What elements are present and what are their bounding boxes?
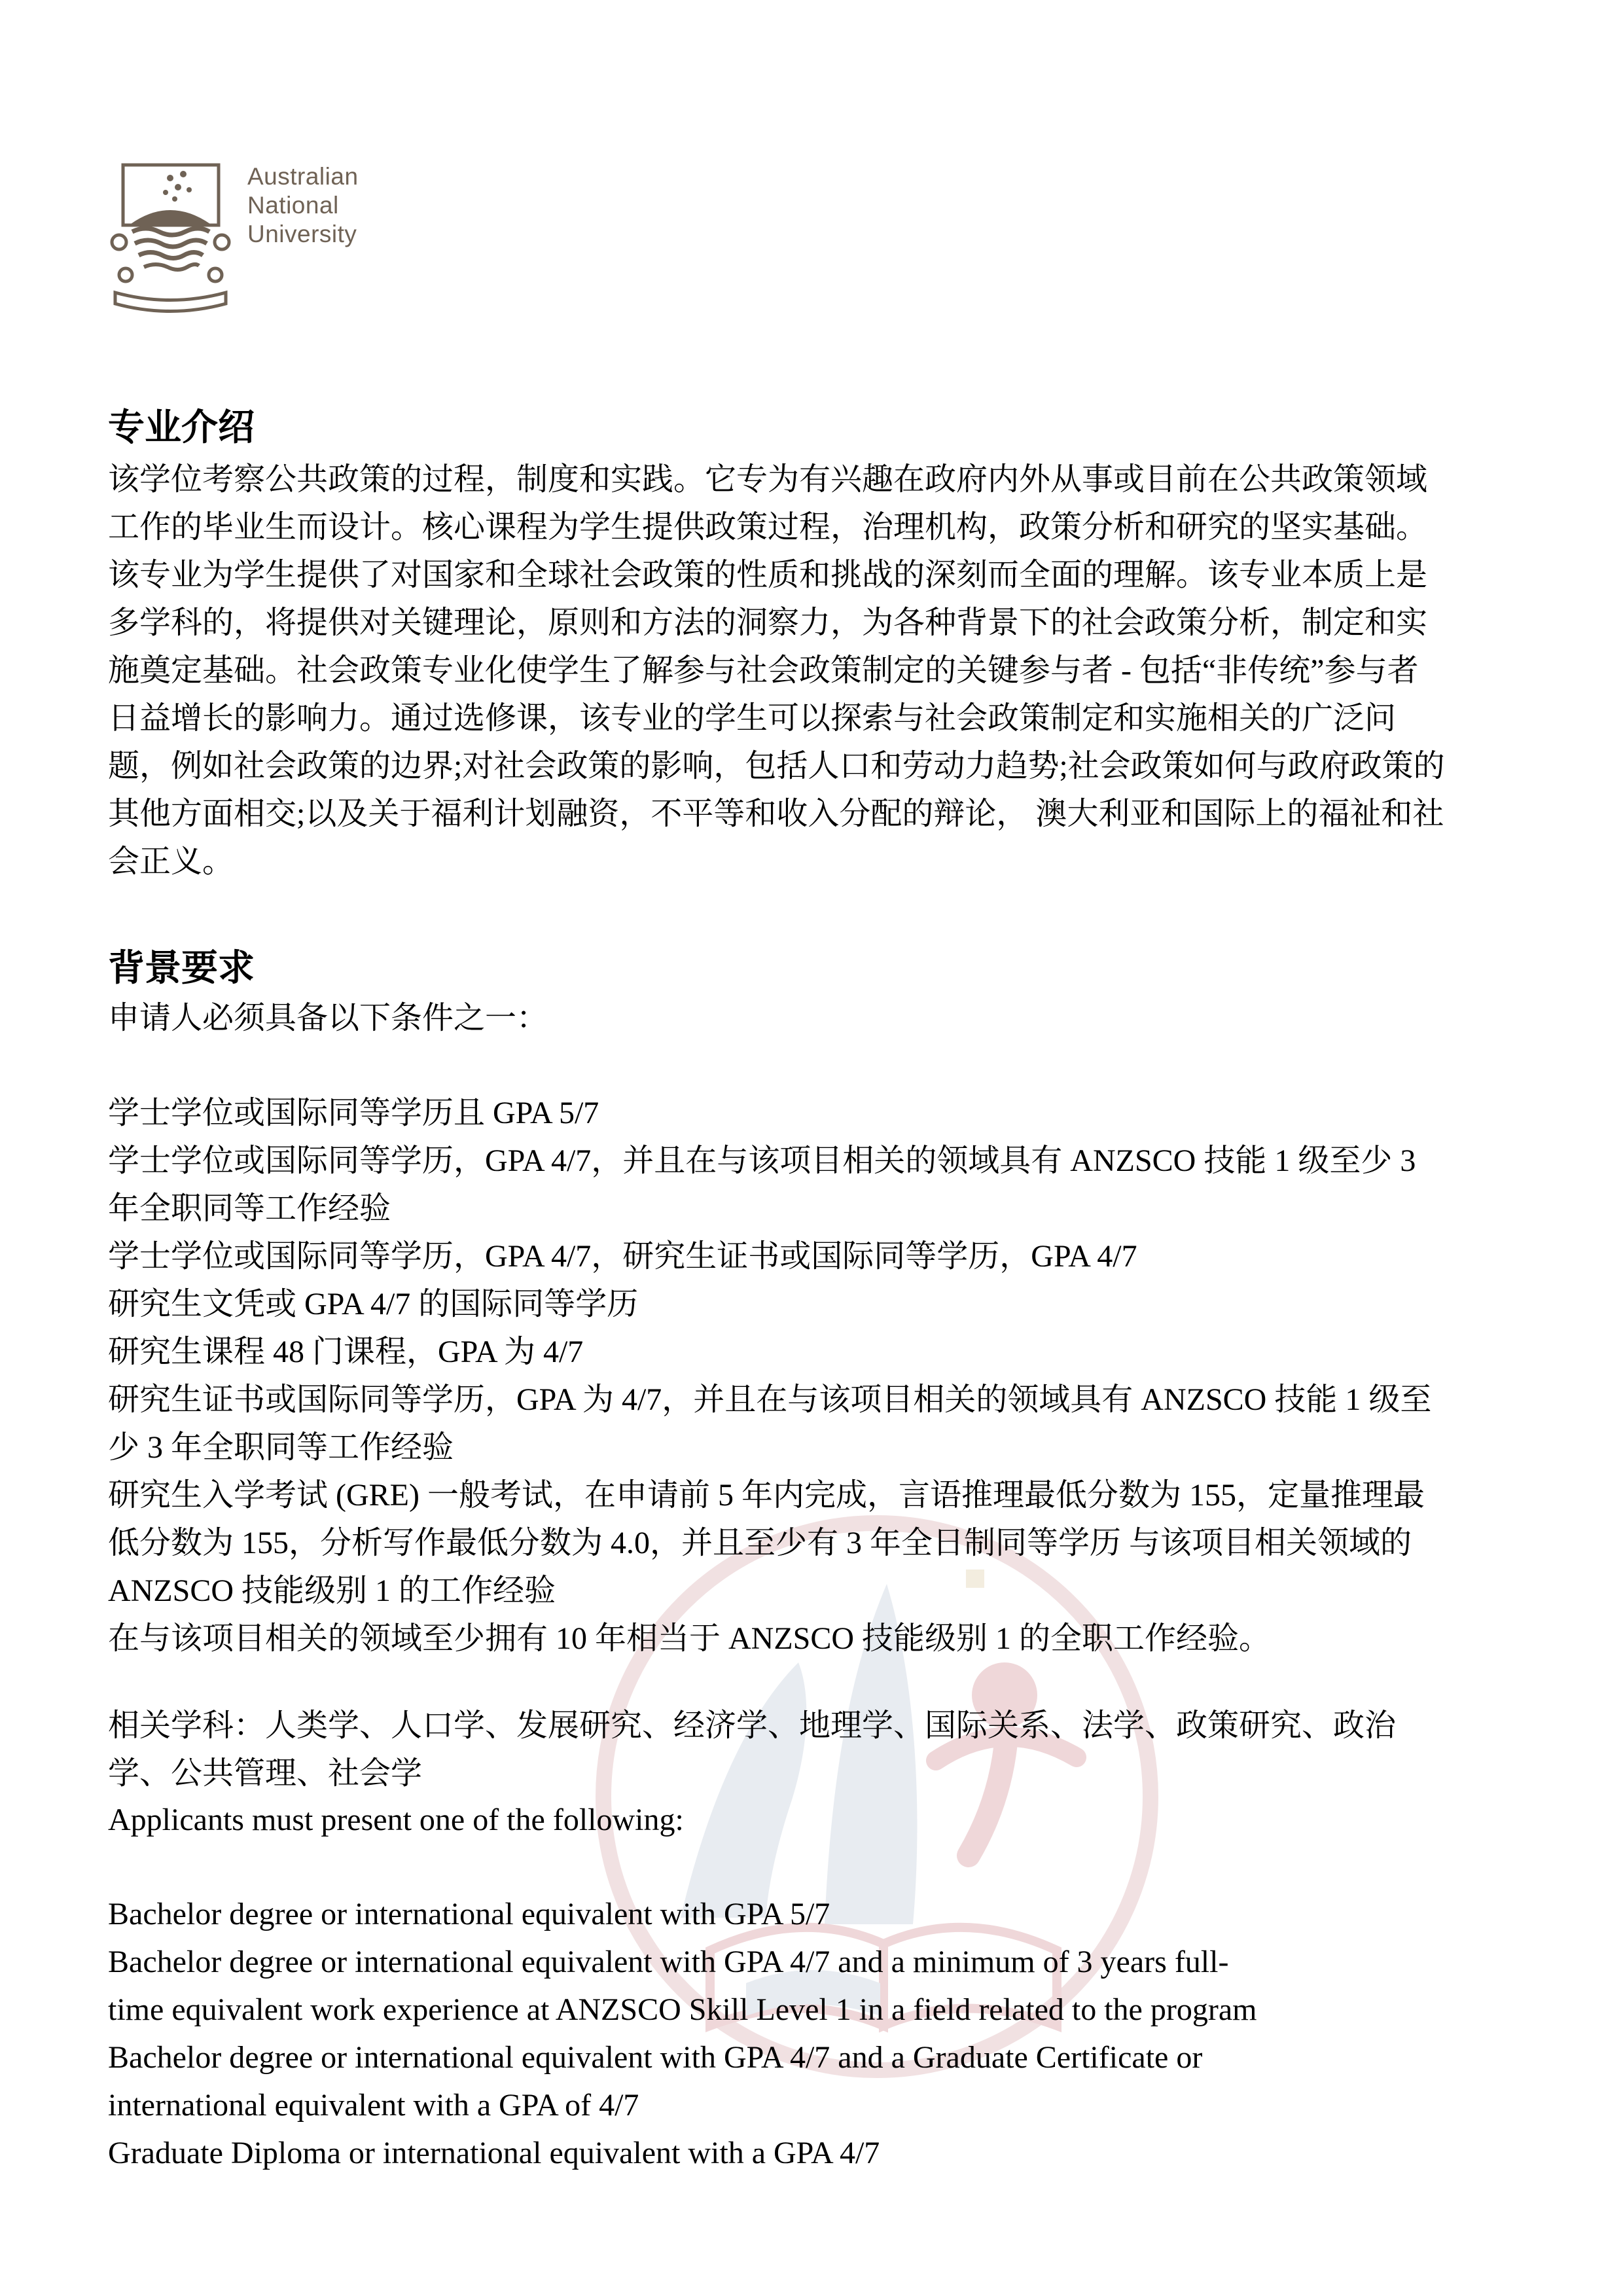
english-lead-line: Applicants must present one of the follo… [108,1796,684,1844]
crest-star [163,190,168,195]
intro-line: 其他方面相交;以及关于福利计划融资，不平等和收入分配的辩论， 澳大利亚和国际上的… [108,790,1445,838]
crest-star [180,171,187,177]
intro-line: 该学位考察公共政策的过程，制度和实践。它专为有兴趣在政府内外从事或目前在公共政策… [108,456,1445,503]
related-subjects-line: 学、公共管理、社会学 [108,1749,1396,1797]
background-section-heading: 背景要求 [108,941,255,996]
requirement-line: 学士学位或国际同等学历，GPA 4/7，研究生证书或国际同等学历，GPA 4/7 [108,1232,1431,1280]
crest-banner [115,293,226,312]
related-subjects-line: 相关学科：人类学、人口学、发展研究、经济学、地理学、国际关系、法学、政策研究、政… [108,1702,1396,1749]
crest-curl [215,235,229,249]
crest-star [172,196,177,202]
anu-logo-word: University [247,220,359,249]
intro-line: 工作的毕业生而设计。核心课程为学生提供政策过程，治理机构，政策分析和研究的坚实基… [108,503,1445,551]
intro-line: 多学科的，将提供对关键理论，原则和方法的洞察力，为各种背景下的社会政策分析，制定… [108,599,1445,647]
content-layer: Australian National University 专业介绍 该学位考… [0,0,1623,2296]
english-requirement-line: Bachelor degree or international equival… [108,1890,1257,1938]
requirement-line: 研究生课程 48 门课程，GPA 为 4/7 [108,1328,1431,1376]
crest-star [187,187,192,192]
requirement-line: 研究生文凭或 GPA 4/7 的国际同等学历 [108,1280,1431,1328]
english-requirement-line: Graduate Diploma or international equiva… [108,2129,1257,2177]
requirement-line: 低分数为 155，分析写作最低分数为 4.0，并且至少有 3 年全日制同等学历 … [108,1519,1431,1567]
requirement-line: 少 3 年全职同等工作经验 [108,1424,1431,1471]
crest-star [167,175,173,181]
requirement-line: 年全职同等工作经验 [108,1185,1431,1232]
english-requirement-line: Bachelor degree or international equival… [108,1938,1257,1986]
english-requirement-line: Bachelor degree or international equival… [108,2034,1257,2081]
anu-logo: Australian National University [110,158,359,322]
crest-star [175,184,181,190]
intro-line: 日益增长的影响力。通过选修课，该专业的学生可以探索与社会政策制定和实施相关的广泛… [108,694,1445,742]
intro-line: 会正义。 [108,838,1445,886]
intro-line: 题，例如社会政策的边界;对社会政策的影响，包括人口和劳动力趋势;社会政策如何与政… [108,742,1445,790]
requirement-line: 研究生证书或国际同等学历，GPA 为 4/7，并且在与该项目相关的领域具有 AN… [108,1376,1431,1424]
requirement-line: 学士学位或国际同等学历，GPA 4/7，并且在与该项目相关的领域具有 ANZSC… [108,1137,1431,1185]
related-subjects: 相关学科：人类学、人口学、发展研究、经济学、地理学、国际关系、法学、政策研究、政… [108,1702,1396,1797]
document-page: Australian National University 专业介绍 该学位考… [0,0,1623,2296]
anu-crest-icon [110,158,231,322]
intro-section-heading: 专业介绍 [108,401,255,456]
background-lead-line: 申请人必须具备以下条件之一： [108,994,548,1042]
crest-wave [139,253,203,259]
requirement-line: 学士学位或国际同等学历且 GPA 5/7 [108,1089,1431,1137]
requirement-line: 研究生入学考试 (GRE) 一般考试，在申请前 5 年内完成，言语推理最低分数为… [108,1471,1431,1519]
english-requirement-line: time equivalent work experience at ANZSC… [108,1986,1257,2034]
english-requirements-list: Bachelor degree or international equival… [108,1890,1257,2177]
crest-hill [131,210,210,224]
anu-logo-word: Australian [247,162,359,191]
intro-line: 该专业为学生提供了对国家和全球社会政策的性质和挑战的深刻而全面的理解。该专业本质… [108,551,1445,599]
english-requirement-line: international equivalent with a GPA of 4… [108,2081,1257,2129]
crest-curl [119,268,132,281]
intro-line: 施奠定基础。社会政策专业化使学生了解参与社会政策制定的关键参与者 - 包括“非传… [108,647,1445,694]
requirement-line: ANZSCO 技能级别 1 的工作经验 [108,1567,1431,1615]
anu-logo-word: National [247,191,359,220]
intro-paragraph: 该学位考察公共政策的过程，制度和实践。它专为有兴趣在政府内外从事或目前在公共政策… [108,456,1445,886]
crest-wave [135,240,207,247]
crest-wave [132,228,209,235]
anu-logo-wordmark: Australian National University [247,158,359,249]
crest-curl [112,235,126,249]
crest-wave [144,264,199,270]
requirement-line: 在与该项目相关的领域至少拥有 10 年相当于 ANZSCO 技能级别 1 的全职… [108,1615,1431,1662]
crest-curl [209,268,222,281]
requirements-list: 学士学位或国际同等学历且 GPA 5/7 学士学位或国际同等学历，GPA 4/7… [108,1089,1431,1662]
